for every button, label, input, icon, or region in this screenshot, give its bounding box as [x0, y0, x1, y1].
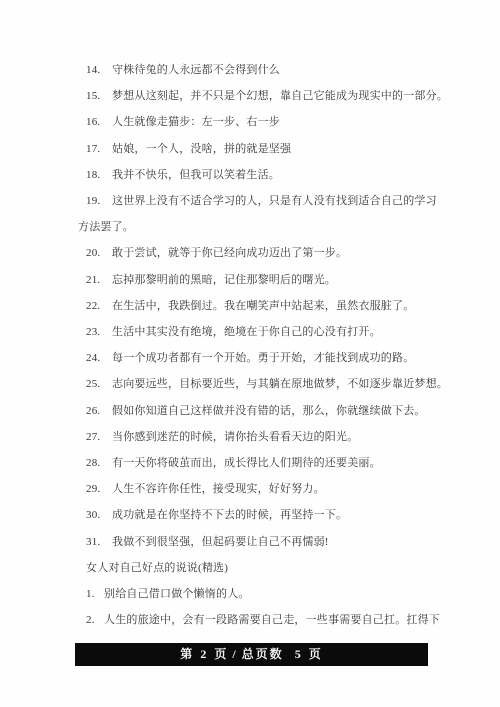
quote-item: 19.这世界上没有不适合学习的人，只是有人没有找到适合自己的学习	[78, 188, 500, 214]
page-label-suffix: 页	[214, 647, 228, 661]
quote-text: 方法罢了。	[78, 221, 134, 233]
quote-item: 31.我做不到很坚强，但起码要让自己不再懦弱!	[78, 529, 500, 555]
quote-number: 18.	[86, 162, 112, 188]
quote-item: 27.当你感到迷茫的时候，请你抬头看看天边的阳光。	[78, 424, 500, 450]
page-separator: /	[232, 647, 237, 661]
total-pages-label: 总页数	[242, 647, 284, 661]
quote-text: 当你感到迷茫的时候，请你抬头看看天边的阳光。	[112, 431, 358, 443]
quote-number: 27.	[86, 424, 112, 450]
quote-text: 忘掉那黎明前的黑暗，记住那黎明后的曙光。	[112, 274, 336, 286]
quote-item: 28.有一天你将破茧而出，成长得比人们期待的还要美丽。	[78, 450, 500, 476]
quote-item: 2.人生的旅途中，会有一段路需要自己走，一些事需要自己扛。扛得下	[78, 607, 500, 633]
quote-number: 16.	[86, 109, 112, 135]
quote-number: 20.	[86, 240, 112, 266]
quote-text: 别给自己借口做个懒惰的人。	[104, 588, 250, 600]
quote-item: 23.生活中其实没有绝境，绝境在于你自己的心没有打开。	[78, 319, 500, 345]
total-pages-number: 5	[295, 647, 303, 661]
quote-text: 守株待兔的人永远都不会得到什么	[112, 64, 280, 76]
quote-item: 22.在生活中，我跌倒过。我在嘲笑声中站起来，虽然衣服脏了。	[78, 293, 500, 319]
quote-text: 人生不容许你任性，接受现实，好好努力。	[112, 483, 325, 495]
quote-number: 19.	[86, 188, 112, 214]
quote-item: 25.志向要远些，目标要近些，与其躺在原地做梦，不如逐步靠近梦想。	[78, 371, 500, 397]
quote-number: 30.	[86, 502, 112, 528]
quote-number: 26.	[86, 398, 112, 424]
quote-text: 在生活中，我跌倒过。我在嘲笑声中站起来，虽然衣服脏了。	[112, 300, 414, 312]
section-heading: 女人对自己好点的说说(精选)	[78, 555, 500, 581]
quote-item: 24.每一个成功者都有一个开始。勇于开始，才能找到成功的路。	[78, 345, 500, 371]
page-number-bar: 第2页/总页数5页	[75, 643, 428, 666]
quote-text: 我并不快乐，但我可以笑着生活。	[112, 169, 280, 181]
quote-text: 人生的旅途中，会有一段路需要自己走，一些事需要自己扛。扛得下	[104, 614, 440, 626]
quote-text: 人生就像走猫步：左一步、右一步	[112, 116, 280, 128]
quote-number: 1.	[86, 581, 104, 607]
quote-item: 16.人生就像走猫步：左一步、右一步	[78, 109, 500, 135]
quote-number: 15.	[86, 83, 112, 109]
quote-item: 21.忘掉那黎明前的黑暗，记住那黎明后的曙光。	[78, 267, 500, 293]
quote-text-continuation: 方法罢了。	[78, 214, 500, 240]
quote-text: 姑娘，一个人，没啥，拼的就是坚强	[112, 143, 291, 155]
quote-item: 20.敢于尝试，就等于你已经向成功迈出了第一步。	[78, 240, 500, 266]
quote-text: 每一个成功者都有一个开始。勇于开始，才能找到成功的路。	[112, 352, 414, 364]
quote-text: 敢于尝试，就等于你已经向成功迈出了第一步。	[112, 247, 347, 259]
quote-number: 28.	[86, 450, 112, 476]
quote-number: 29.	[86, 476, 112, 502]
page-label-prefix: 第	[180, 647, 194, 661]
quote-number: 21.	[86, 267, 112, 293]
quote-item: 18.我并不快乐，但我可以笑着生活。	[78, 162, 500, 188]
quote-number: 14.	[86, 57, 112, 83]
quote-number: 17.	[86, 136, 112, 162]
total-pages-suffix: 页	[309, 647, 323, 661]
quote-text: 成功就是在你坚持不下去的时候，再坚持一下。	[112, 509, 347, 521]
quote-text: 有一天你将破茧而出，成长得比人们期待的还要美丽。	[112, 457, 381, 469]
quote-number: 31.	[86, 529, 112, 555]
quote-number: 24.	[86, 345, 112, 371]
current-page-number: 2	[200, 647, 208, 661]
quote-text: 梦想从这刻起，并不只是个幻想，靠自己它能成为现实中的一部分。	[112, 90, 448, 102]
quote-number: 22.	[86, 293, 112, 319]
quote-text: 生活中其实没有绝境，绝境在于你自己的心没有打开。	[112, 326, 381, 338]
quote-text: 这世界上没有不适合学习的人，只是有人没有找到适合自己的学习	[112, 195, 437, 207]
quote-text: 志向要远些，目标要近些，与其躺在原地做梦，不如逐步靠近梦想。	[112, 378, 448, 390]
quote-item: 29.人生不容许你任性，接受现实，好好努力。	[78, 476, 500, 502]
quote-text: 假如你知道自己这样做并没有错的话，那么，你就继续做下去。	[112, 405, 426, 417]
quote-item: 26.假如你知道自己这样做并没有错的话，那么，你就继续做下去。	[78, 398, 500, 424]
quote-item: 30.成功就是在你坚持不下去的时候，再坚持一下。	[78, 502, 500, 528]
quote-text: 我做不到很坚强，但起码要让自己不再懦弱!	[112, 536, 329, 548]
quote-item: 17.姑娘，一个人，没啥，拼的就是坚强	[78, 136, 500, 162]
quote-item: 1.别给自己借口做个懒惰的人。	[78, 581, 500, 607]
document-page: 14.守株待兔的人永远都不会得到什么 15.梦想从这刻起，并不只是个幻想，靠自己…	[0, 0, 500, 707]
quote-item: 15.梦想从这刻起，并不只是个幻想，靠自己它能成为现实中的一部分。	[78, 83, 500, 109]
quote-item: 14.守株待兔的人永远都不会得到什么	[78, 57, 500, 83]
quotes-content: 14.守株待兔的人永远都不会得到什么 15.梦想从这刻起，并不只是个幻想，靠自己…	[0, 0, 500, 633]
quote-number: 25.	[86, 371, 112, 397]
quote-number: 2.	[86, 607, 104, 633]
quote-number: 23.	[86, 319, 112, 345]
